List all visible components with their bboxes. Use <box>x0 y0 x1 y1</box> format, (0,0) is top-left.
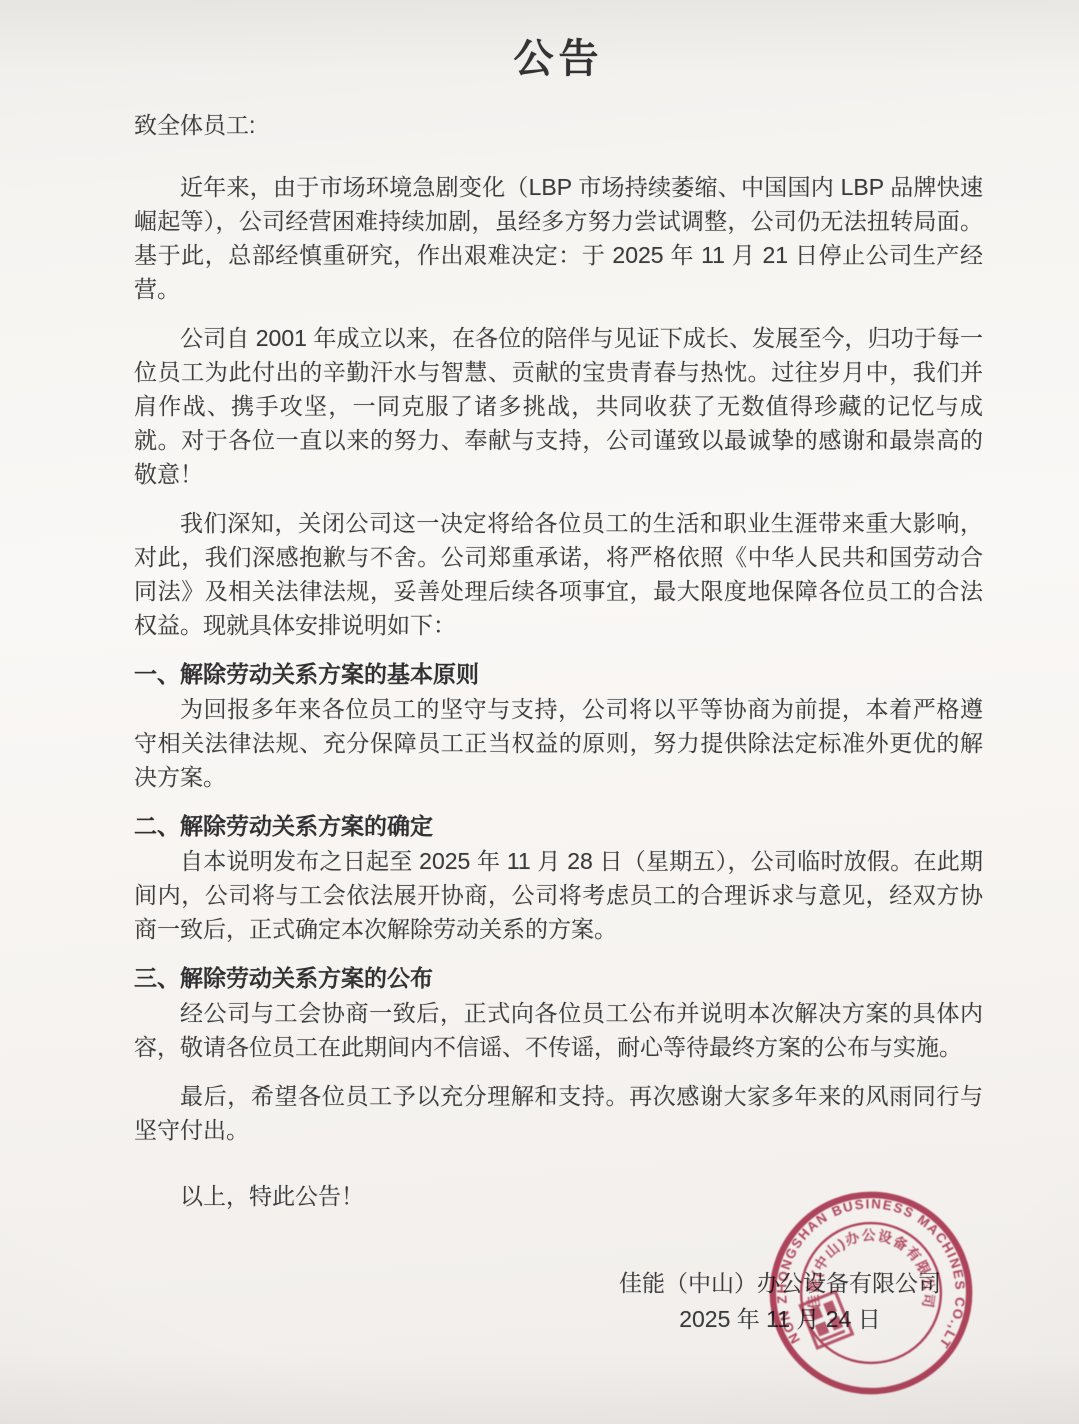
document-body: 公告 致全体员工: 近年来，由于市场环境急剧变化（LBP 市场持续萎缩、中国国内… <box>0 0 1079 1337</box>
intro-paragraph-3: 我们深知，关闭公司这一决定将给各位员工的生活和职业生涯带来重大影响，对此，我们深… <box>134 506 983 642</box>
company-seal-graphic: CANON ZHONGSHAN BUSINESS MACHINES CO.,LT… <box>757 1179 985 1407</box>
section-3-body: 经公司与工会协商一致后，正式向各位员工公布并说明本次解决方案的具体内容，敬请各位… <box>134 996 983 1064</box>
document-title: 公告 <box>134 34 983 84</box>
section-2-body: 自本说明发布之日起至 2025 年 11 月 28 日（星期五），公司临时放假。… <box>134 844 983 946</box>
section-1-heading: 一、解除劳动关系方案的基本原则 <box>134 657 983 691</box>
section-2-heading: 二、解除劳动关系方案的确定 <box>134 809 983 843</box>
section-1-body: 为回报多年来各位员工的坚守与支持，公司将以平等协商为前提，本着严格遵守相关法律法… <box>134 692 983 794</box>
seal-inner-ring <box>801 1223 941 1363</box>
salutation: 致全体员工: <box>134 108 983 142</box>
section-3-heading: 三、解除劳动关系方案的公布 <box>134 961 983 995</box>
company-seal-stamp: CANON ZHONGSHAN BUSINESS MACHINES CO.,LT… <box>757 1179 985 1407</box>
intro-paragraph-1: 近年来，由于市场环境急剧变化（LBP 市场持续萎缩、中国国内 LBP 品牌快速崛… <box>134 170 983 306</box>
announcement-document: 公告 致全体员工: 近年来，由于市场环境急剧变化（LBP 市场持续萎缩、中国国内… <box>0 0 1079 1424</box>
intro-paragraph-2: 公司自 2001 年成立以来，在各位的陪伴与见证下成长、发展至今，归功于每一位员… <box>134 321 983 491</box>
closing-paragraph: 最后，希望各位员工予以充分理解和支持。再次感谢大家多年来的风雨同行与坚守付出。 <box>134 1079 983 1147</box>
